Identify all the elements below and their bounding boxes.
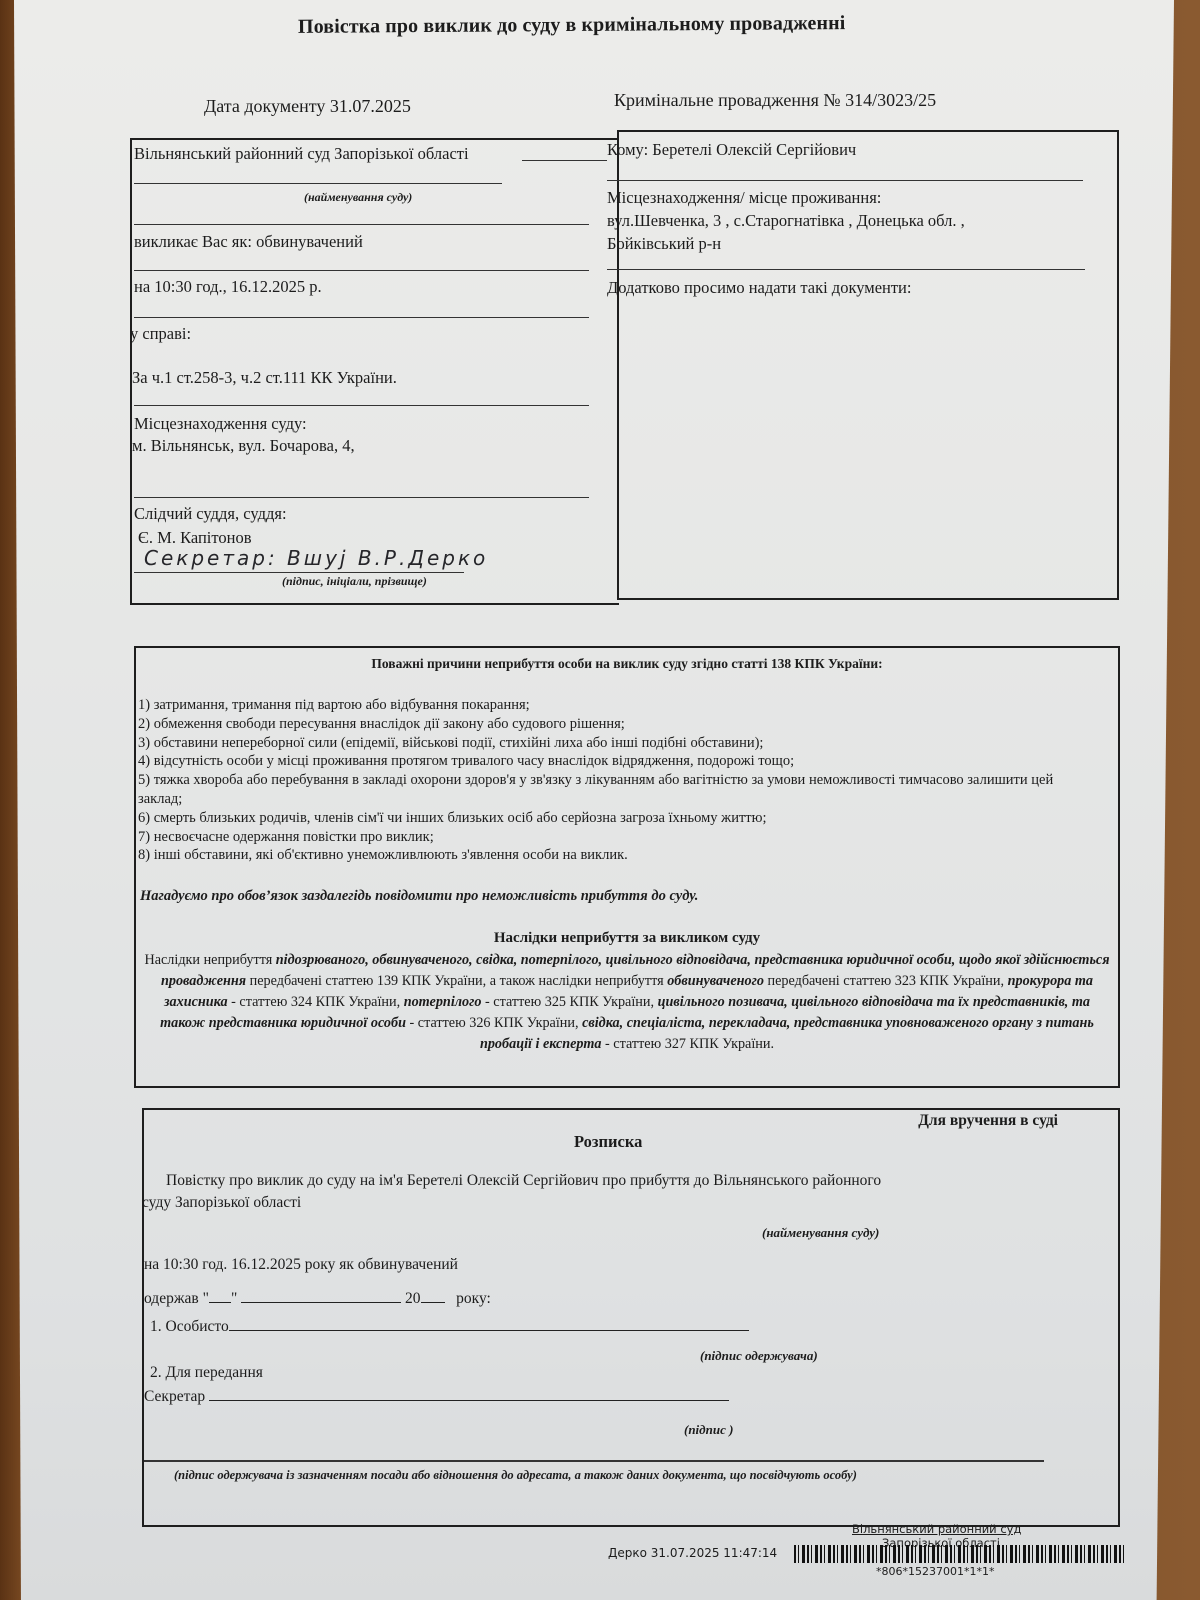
court-name: Вільнянський районний суд Запорізької об… [134, 144, 469, 164]
document-date: Дата документу 31.07.2025 [204, 96, 411, 117]
received-suffix: року: [456, 1290, 491, 1307]
reason-item: 3) обставини непереборної сили (епідемії… [138, 734, 1098, 753]
consequences-fragment: передбачені статтею 139 КПК України, а т… [246, 973, 667, 989]
secretary-label: Секретар [144, 1388, 205, 1405]
stamp-court-line-1: Вільнянський районний суд [852, 1522, 1021, 1536]
summons-paper: Повістка про виклик до суду в кримінальн… [14, 0, 1174, 1600]
appointment-time: на 10:30 год., 16.12.2025 р. [134, 277, 322, 297]
reminder-note: Нагадуємо про обов’язок заздалегідь пові… [140, 888, 698, 905]
consequences-emphasis: потерпілого [404, 994, 482, 1010]
consequences-fragment: Наслідки неприбуття [144, 952, 275, 968]
judge-name: Є. М. Капітонов [138, 528, 252, 548]
divider [607, 269, 1085, 270]
received-prefix: одержав " [144, 1290, 209, 1307]
documents-label: Додатково просимо надати такі документи: [607, 278, 911, 298]
document-title: Повістка про виклик до суду в кримінальн… [298, 12, 846, 39]
recipient-panel: Кому: Беретелі Олексій Сергійович Місцез… [617, 130, 1119, 600]
reason-item: 4) відсутність особи у місці проживання … [138, 752, 1098, 771]
case-articles: За ч.1 ст.258-3, ч.2 ст.111 КК України. [132, 368, 397, 388]
consequences-fragment: - статтею 324 КПК України, [228, 994, 404, 1010]
address-line-2: Бойківський р-н [607, 234, 721, 254]
reason-item: 7) несвоєчасне одержання повістки про ви… [138, 828, 1098, 847]
reason-item: 6) смерть близьких родичів, членів сім'ї… [138, 809, 1098, 828]
barcode-text: *806*15237001*1*1* [876, 1565, 994, 1578]
reasons-list: 1) затримання, тримання під вартою або в… [138, 696, 1098, 865]
court-location-label: Місцезнаходження суду: [134, 414, 307, 434]
reason-item: 1) затримання, тримання під вартою або в… [138, 696, 1098, 715]
receipt-title: Розписка [574, 1132, 642, 1152]
received-year-field[interactable] [421, 1288, 445, 1303]
court-name-underline [522, 160, 607, 161]
received-month-field[interactable] [241, 1288, 401, 1303]
court-location: м. Вільнянськ, вул. Бочарова, 4, [132, 436, 355, 456]
reason-item: 2) обмеження свободи пересування внаслід… [138, 715, 1098, 734]
reason-item: 8) інші обставини, які об'єктивно унемож… [138, 846, 1098, 865]
judge-label: Слідчий суддя, суддя: [134, 504, 287, 524]
consequences-emphasis: обвинуваченого [667, 973, 764, 989]
receipt-appointment: на 10:30 год. 16.12.2025 року як обвинув… [144, 1256, 458, 1274]
printed-by: Дерко 31.07.2025 11:47:14 [608, 1546, 777, 1560]
court-name-caption: (найменування суду) [762, 1225, 879, 1241]
recipient-name: Кому: Беретелі Олексій Сергійович [607, 140, 856, 160]
divider [134, 405, 589, 406]
handwritten-secretary-signature: Секретар: Вшуј В.Р.Дерко [144, 546, 488, 570]
address-line-1: вул.Шевченка, 3 , с.Старогнатівка , Доне… [607, 211, 965, 231]
personal-signature-field[interactable] [229, 1316, 749, 1331]
divider [134, 270, 589, 271]
consequences-text: Наслідки неприбуття підозрюваного, обвин… [140, 950, 1114, 1055]
consequences-fragment: - статтею 327 КПК України. [601, 1036, 774, 1052]
summons-details-panel: Вільнянський районний суд Запорізької об… [130, 138, 619, 605]
reason-item: 5) тяжка хвороба або перебування в закла… [138, 771, 1098, 809]
summoned-as: викликає Вас як: обвинувачений [134, 232, 363, 252]
court-name-line-2 [134, 183, 502, 184]
received-date-row: одержав "" 20 року: [144, 1288, 491, 1308]
delivery-note: Для вручення в суді [918, 1112, 1058, 1130]
secretary-row: Секретар [144, 1386, 729, 1406]
address-label: Місцезнаходження/ місце проживання: [607, 188, 881, 208]
divider [607, 180, 1083, 181]
case-label: у справі: [130, 324, 191, 344]
consequences-fragment: передбачені статтею 323 КПК України, [764, 973, 1008, 989]
divider [134, 317, 589, 318]
personal-label: 1. Особисто [150, 1318, 229, 1335]
consequences-fragment: - статтею 326 КПК України, [406, 1015, 582, 1031]
case-number: Кримінальне провадження № 314/3023/25 [614, 90, 936, 111]
received-mid: " [231, 1290, 237, 1307]
signature-line [134, 572, 464, 573]
divider [134, 224, 589, 225]
secretary-signature-field[interactable] [209, 1386, 729, 1401]
signature-caption: (підпис, ініціали, прізвище) [282, 574, 427, 589]
valid-reasons-panel: Поважні причини неприбуття особи на викл… [134, 646, 1120, 1088]
recipient-details-caption: (підпис одержувача із зазначенням посади… [174, 1468, 857, 1483]
reasons-title: Поважні причини неприбуття особи на викл… [136, 656, 1118, 672]
consequences-fragment: - статтею 325 КПК України, [481, 994, 657, 1010]
receipt-panel: Для вручення в суді Розписка Повістку пр… [142, 1108, 1120, 1527]
received-day-field[interactable] [209, 1288, 231, 1303]
secretary-signature-caption: (підпис ) [684, 1422, 733, 1438]
court-name-caption: (найменування суду) [304, 190, 412, 205]
divider [134, 497, 589, 498]
personal-row: 1. Особисто [150, 1316, 749, 1336]
transfer-label: 2. Для передання [150, 1364, 263, 1382]
recipient-details-line [144, 1460, 1044, 1462]
consequences-title: Наслідки неприбуття за викликом суду [136, 930, 1118, 947]
receipt-text-line-1: Повістку про виклик до суду на ім'я Бере… [166, 1172, 881, 1190]
received-year-prefix: 20 [405, 1290, 421, 1307]
recipient-signature-caption: (підпис одержувача) [700, 1348, 818, 1364]
barcode [794, 1545, 1124, 1563]
receipt-text-line-2: суду Запорізької області [142, 1194, 301, 1212]
